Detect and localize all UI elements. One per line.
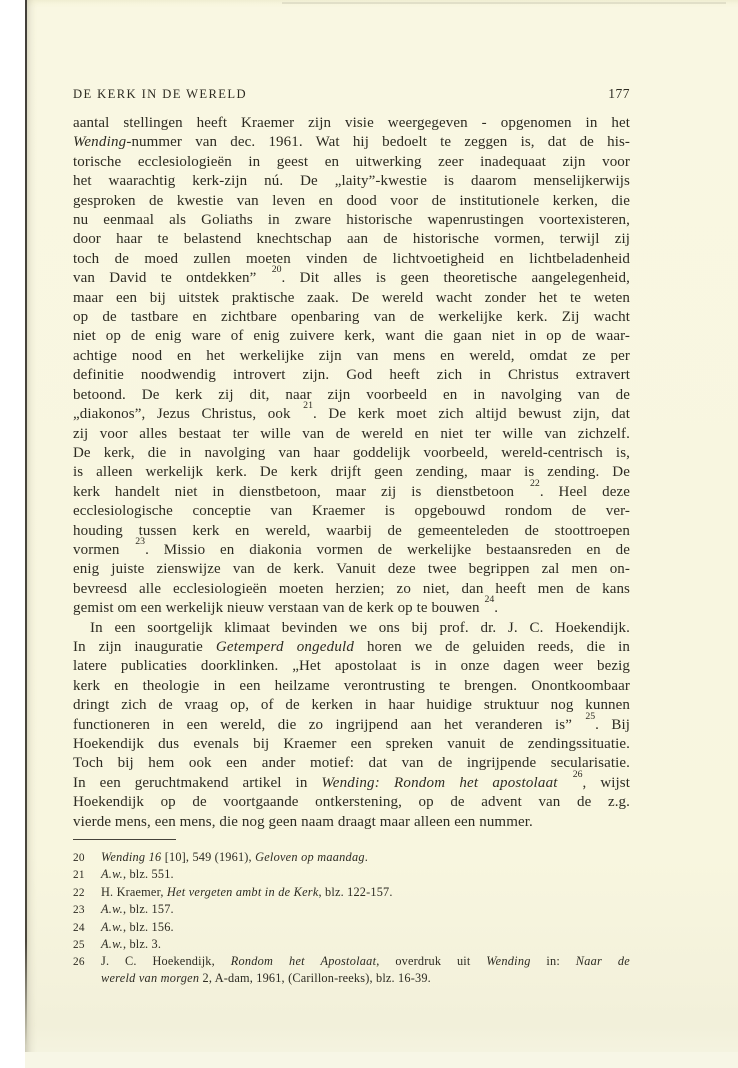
text-segment: op de tastbare en zichtbare openbaring v… [73,309,630,325]
scan-bottom-strip [25,1052,738,1068]
text-segment: . De kerk moet zich altijd bewust zijn, … [313,406,630,422]
scan-top-artifact [282,2,726,4]
page-header: DE KERK IN DE WERELD 177 [73,86,630,101]
text-line: het waarachtig kerk-zijn nú. De „laity”-… [73,172,630,191]
footnote-number: 25 [73,936,101,953]
text-segment: . [365,850,368,864]
footnote-row: 22H. Kraemer, Het vergeten ambt in de Ke… [73,884,630,901]
text-segment: Getemperd ongeduld [216,639,354,655]
footnote-row: 20Wending 16 [10], 549 (1961), Geloven o… [73,849,630,866]
text-segment: In zijn inauguratie [73,639,216,655]
footnote-ref: 24 [483,594,494,605]
text-segment: A.w. [101,902,123,916]
text-segment: is alleen werkelijk kerk. De kerk drijft… [73,464,630,480]
text-segment: Het vergeten ambt in de Kerk [167,885,319,899]
footnote-text: A.w., blz. 156. [101,919,630,936]
text-line: zij voor alles bestaat ter wille van de … [73,425,630,444]
text-line: torische ecclesiologieën in geest en uit… [73,153,630,172]
text-segment: in: [531,954,576,968]
footnote-number: 22 [73,884,101,901]
text-segment: enig juiste zienswijze van de kerk. Vanu… [73,561,630,577]
text-line: latere publicaties doorklinken. „Het apo… [73,657,630,676]
text-segment: Toch bij hem ook een ander motief: dat v… [73,755,630,771]
text-line: dringt zich de vraag op, of de kerken in… [73,696,630,715]
text-segment: kerk handelt niet in dienstbetoon, maar … [73,484,529,500]
text-segment: -nummer van dec. 1961. Wat hij bedoelt t… [126,134,630,150]
text-segment: , blz. 551. [123,867,174,881]
text-segment: In een soortgelijk klimaat bevinden we o… [90,620,630,636]
page-content: DE KERK IN DE WERELD 177 aantal stelling… [73,86,630,986]
text-segment: nu eenmaal als Goliaths in zware histori… [73,212,630,228]
footnote-text: A.w., blz. 551. [101,866,630,883]
text-segment: Rondom het Apostolaat [231,954,377,968]
text-segment: , blz. 3. [123,937,161,951]
footnote-row: 26J. C. Hoekendijk, Rondom het Apostolaa… [73,953,630,986]
text-segment: Wending: Rondom het apostolaat [321,775,557,791]
footnote-line: Wending 16 [10], 549 (1961), Geloven op … [101,849,630,865]
text-segment: zij voor alles bestaat ter wille van de … [73,426,630,442]
text-line: houding tussen kerk en wereld, waarbij d… [73,522,630,541]
footnote-text: H. Kraemer, Het vergeten ambt in de Kerk… [101,884,630,901]
text-segment: maar een bij uitstek praktische zaak. De… [73,290,630,306]
footnote-line: wereld van morgen 2, A-dam, 1961, (Caril… [101,970,630,986]
text-line: nu eenmaal als Goliaths in zware histori… [73,211,630,230]
text-segment: wereld van morgen [101,971,199,985]
footnote-line: A.w., blz. 156. [101,919,630,935]
text-line: op de tastbare en zichtbare openbaring v… [73,308,630,327]
text-segment: ecclesiologische conceptie van Kraemer i… [73,503,630,519]
text-line: In een geruchtmakend artikel in Wending:… [73,774,630,793]
text-segment: horen we de geluiden reeds, die in [354,639,630,655]
text-segment: Hoekendijk op de voortgaande ontkersteni… [73,794,630,810]
text-segment: gesproken de kwestie van leven en dood v… [73,193,630,209]
text-segment: vormen [73,542,134,558]
footnote-number: 24 [73,919,101,936]
text-line: Wending-nummer van dec. 1961. Wat hij be… [73,133,630,152]
text-line: kerk handelt niet in dienstbetoon, maar … [73,483,630,502]
text-segment: door haar te belastend knechtschap aan d… [73,231,630,247]
text-segment: Wending [73,134,126,150]
text-segment: Wending [486,954,530,968]
text-line: van David te ontdekken” 20. Dit alles is… [73,269,630,288]
footnote-line: A.w., blz. 3. [101,936,630,952]
text-line: is alleen werkelijk kerk. De kerk drijft… [73,463,630,482]
footnote-divider [73,839,176,840]
footnote-number: 20 [73,849,101,866]
text-segment: toch de moed zullen moeten vinden de lic… [73,251,630,267]
footnote-row: 25A.w., blz. 3. [73,936,630,953]
text-segment: definitie noodwendig introvert zijn. God… [73,367,630,383]
text-segment: , blz. 156. [123,920,174,934]
text-line: Hoekendijk dus evenals bij Kraemer een s… [73,735,630,754]
text-line: gesproken de kwestie van leven en dood v… [73,192,630,211]
text-line: achtige nood en het werkelijke zijn van … [73,347,630,366]
footnote-ref: 20 [271,264,282,275]
footnote-ref: 25 [584,711,595,722]
text-segment: Geloven op maandag [255,850,365,864]
text-segment: functioneren in een wereld, die zo ingri… [73,717,584,733]
footnotes-list: 20Wending 16 [10], 549 (1961), Geloven o… [73,849,630,986]
text-segment: A.w. [101,920,123,934]
text-segment: het waarachtig kerk-zijn nú. De „laity”-… [73,173,630,189]
text-segment: Wending 16 [101,850,161,864]
text-segment: gemist om een werkelijk nieuw verstaan v… [73,600,483,616]
text-line: door haar te belastend knechtschap aan d… [73,230,630,249]
text-segment: „diakonos”, Jezus Christus, ook [73,406,302,422]
footnote-number: 23 [73,901,101,918]
footnote-row: 24A.w., blz. 156. [73,919,630,936]
text-segment: A.w. [101,937,123,951]
text-segment: bevreesd alle ecclesiologieën moeten her… [73,581,630,597]
text-line: definitie noodwendig introvert zijn. God… [73,366,630,385]
text-line: Toch bij hem ook een ander motief: dat v… [73,754,630,773]
page-edge-shadow-line [25,0,27,1046]
footnote-line: H. Kraemer, Het vergeten ambt in de Kerk… [101,884,630,900]
text-line: betoond. De kerk zij dit, naar zijn voor… [73,386,630,405]
text-line: enig juiste zienswijze van de kerk. Vanu… [73,560,630,579]
text-line: In zijn inauguratie Getemperd ongeduld h… [73,638,630,657]
footnote-line: A.w., blz. 551. [101,866,630,882]
text-line: kerk en theologie in een heilzame veront… [73,677,630,696]
text-line: De kerk, die in navolging van haar godde… [73,444,630,463]
text-segment: H. Kraemer, [101,885,167,899]
footnote-ref: 21 [302,400,313,411]
footnote-text: J. C. Hoekendijk, Rondom het Apostolaat,… [101,953,630,986]
footnote-number: 26 [73,953,101,986]
text-line: niet op de enig ware of enig zuivere ker… [73,327,630,346]
text-segment [558,775,572,791]
text-line: maar een bij uitstek praktische zaak. De… [73,289,630,308]
text-segment: Naar de [576,954,630,968]
text-segment: . [494,600,498,616]
footnote-row: 23A.w., blz. 157. [73,901,630,918]
text-segment: niet op de enig ware of enig zuivere ker… [73,328,630,344]
text-line: vierde mens, een mens, die nog geen naam… [73,813,630,832]
text-segment: J. C. Hoekendijk, [101,954,231,968]
footnote-ref: 26 [572,769,583,780]
text-line: bevreesd alle ecclesiologieën moeten her… [73,580,630,599]
text-segment: In een geruchtmakend artikel in [73,775,321,791]
footnote-text: A.w., blz. 3. [101,936,630,953]
running-title: DE KERK IN DE WERELD [73,87,247,102]
text-segment: [10], 549 (1961), [161,850,255,864]
text-segment: van David te ontdekken” [73,270,271,286]
text-line: vormen 23. Missio en diakonia vormen de … [73,541,630,560]
footnote-ref: 22 [529,478,540,489]
text-line: In een soortgelijk klimaat bevinden we o… [73,619,630,638]
text-line: toch de moed zullen moeten vinden de lic… [73,250,630,269]
text-segment: latere publicaties doorklinken. „Het apo… [73,658,630,674]
text-segment: kerk en theologie in een heilzame veront… [73,678,630,694]
text-segment: . Dit alles is geen theoretische aangele… [281,270,630,286]
text-segment: , blz. 122-157. [319,885,393,899]
footnote-ref: 23 [134,536,145,547]
text-segment: Hoekendijk dus evenals bij Kraemer een s… [73,736,630,752]
text-segment: , blz. 157. [123,902,174,916]
text-line: Hoekendijk op de voortgaande ontkersteni… [73,793,630,812]
text-segment: , overdruk uit [376,954,486,968]
text-segment: torische ecclesiologieën in geest en uit… [73,154,630,170]
body-text: aantal stellingen heeft Kraemer zijn vis… [73,114,630,832]
text-line: aantal stellingen heeft Kraemer zijn vis… [73,114,630,133]
footnote-text: Wending 16 [10], 549 (1961), Geloven op … [101,849,630,866]
text-segment: A.w. [101,867,123,881]
text-segment: , wijst [582,775,630,791]
text-segment: vierde mens, een mens, die nog geen naam… [73,814,533,830]
text-segment: 2, A-dam, 1961, (Carillon-reeks), blz. 1… [199,971,431,985]
text-segment: De kerk, die in navolging van haar godde… [73,445,630,461]
text-segment: . Bij [595,717,630,733]
text-segment: achtige nood en het werkelijke zijn van … [73,348,630,364]
text-line: „diakonos”, Jezus Christus, ook 21. De k… [73,405,630,424]
page-number: 177 [608,86,630,102]
footnote-number: 21 [73,866,101,883]
text-line: functioneren in een wereld, die zo ingri… [73,716,630,735]
text-segment: . Missio en diakonia vormen de werkelijk… [145,542,630,558]
text-line: ecclesiologische conceptie van Kraemer i… [73,502,630,521]
footnote-line: J. C. Hoekendijk, Rondom het Apostolaat,… [101,953,630,969]
text-line: gemist om een werkelijk nieuw verstaan v… [73,599,630,618]
text-segment: houding tussen kerk en wereld, waarbij d… [73,523,630,539]
footnote-line: A.w., blz. 157. [101,901,630,917]
text-segment: . Heel deze [540,484,630,500]
footnote-row: 21A.w., blz. 551. [73,866,630,883]
text-segment: betoond. De kerk zij dit, naar zijn voor… [73,387,630,403]
footnote-text: A.w., blz. 157. [101,901,630,918]
text-segment: aantal stellingen heeft Kraemer zijn vis… [73,115,630,131]
text-segment: dringt zich de vraag op, of de kerken in… [73,697,630,713]
